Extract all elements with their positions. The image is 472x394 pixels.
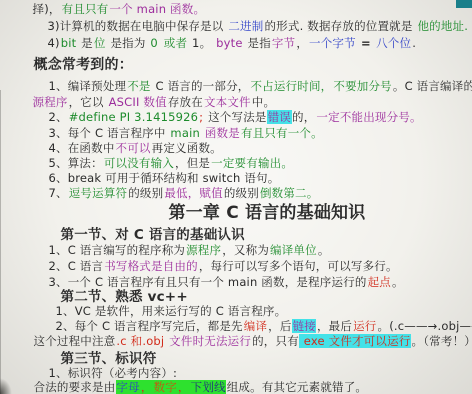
text-segment: exe 文件才可以运行 [299, 334, 411, 348]
text-segment: 合法的要求是由 [33, 380, 116, 394]
text-segment: 一定要有输出。 [211, 156, 294, 170]
text-segment: ，又称为 [222, 243, 270, 257]
text-segment: bit [60, 36, 77, 50]
text-segment: 链接 [292, 319, 316, 333]
text-segment: 。C 语言编译的程序称为 [392, 79, 472, 93]
text-segment: 文件时无法运行 [165, 334, 252, 348]
text-segment: 这个写法是 [204, 110, 267, 124]
text-segment: #define PI 3.1415926 [68, 110, 198, 124]
text-segment: 5、算法： [48, 156, 103, 170]
text-segment: 运行 [353, 319, 377, 333]
text-segment: 可以没有输入 [103, 156, 174, 170]
text-segment: 一个字节 [309, 36, 357, 50]
section-1-item-3: 3、一个 C 语言程序有且只有一个 main 函数，是程序运行的起点。 [48, 275, 404, 289]
text-segment: 择)， [32, 2, 61, 16]
text-segment: = [356, 36, 375, 50]
note-bit-byte: 4)bit 是位 是指为 0 或者 1。 byte 是指字节，一个字节 = 八个… [47, 36, 417, 50]
text-segment: 这个过程中注意 [33, 334, 116, 348]
text-segment: 倒数第二。 [259, 186, 319, 200]
text-segment: 不占运行时间， [250, 79, 333, 93]
text-segment: 起点 [367, 275, 391, 289]
section-2-item-2a: 2、每个 C 语言程序写完后，都是先编译，后链接，最后运行。(.c——→.obj… [55, 319, 472, 333]
text-segment: 有且只有一个。 [240, 126, 323, 140]
text-segment: 2、 [48, 110, 68, 124]
text-segment: 1、VC 是软件，用来运行写的 C 语言程序。 [55, 304, 287, 318]
text-segment: 1、标识符（必考内容）: [48, 366, 178, 380]
text-segment: ASCII 数值 [108, 95, 167, 109]
text-segment: ，它以 [68, 95, 108, 109]
text-segment: ; [199, 110, 204, 124]
concept-item-5: 5、算法：可以没有输入，但是一定要有输出。 [48, 156, 294, 170]
text-segment: 的， [292, 110, 316, 124]
text-segment: ，最后 [316, 319, 352, 333]
text-segment: 逗号运算符 [68, 186, 128, 200]
text-segment: 。 [317, 243, 330, 257]
text-segment: 1、编译预处理 [48, 79, 127, 93]
text-segment: 3、每个 C 语言程序中 [48, 126, 170, 140]
text-segment: 一个 main 函数。 [109, 2, 206, 16]
text-segment: 的形式. 数据存放的位置就是 [264, 19, 417, 33]
text-segment: ，每行可以写多个语句，可以写多行。 [198, 259, 398, 273]
text-segment: 或者 [163, 36, 187, 50]
text-segment: 编译 [243, 319, 267, 333]
text-segment: 。 [392, 275, 405, 289]
text-segment: ， [177, 380, 190, 394]
text-segment: 不要加分号 [333, 79, 393, 93]
text-segment: 是指为 [106, 36, 150, 50]
text-segment: 八个位 [376, 36, 412, 50]
concept-item-4: 4、在函数中不可以再定义函数。 [48, 141, 222, 155]
text-segment: 3、一个 C 语言程序有且只有一个 main 函数，是程序运行的 [48, 275, 367, 289]
text-segment: 一定不能出现分号。 [316, 110, 422, 124]
text-segment: 2、C 语言 [48, 259, 104, 273]
text-segment: 概念常考到的： [33, 57, 133, 73]
text-segment: 字母 [116, 380, 140, 394]
text-segment: 的级别 [223, 186, 259, 200]
text-segment: 存放在 [167, 95, 203, 109]
text-segment: 3)计算机的数据在电脑中保存是以 [47, 19, 228, 33]
concept-item-1b: 源程序，它以 ASCII 数值存放在文本文件中。 [32, 95, 276, 109]
text-segment: 第三节、标识符 [60, 351, 157, 367]
text-segment: 二进制 [228, 19, 264, 33]
text-segment: C 语言的一部分， [151, 79, 250, 93]
text-segment: 的级别 [128, 186, 164, 200]
note-binary-storage: 3)计算机的数据在电脑中保存是以 二进制的形式. 数据存放的位置就是 他的地址. [47, 19, 469, 33]
text-segment: 字节 [271, 36, 295, 50]
scan-edge-artifact [0, 90, 1, 394]
section-3-item-1: 1、标识符（必考内容）: [48, 366, 178, 380]
section-2-item-1: 1、VC 是软件，用来运行写的 C 语言程序。 [55, 304, 287, 318]
text-segment: 。(.c——→.obj——→.exe) [377, 319, 472, 333]
concept-item-1a: 1、编译预处理不是 C 语言的一部分，不占运行时间，不要加分号。C 语言编译的程… [48, 79, 472, 93]
text-segment: ， [140, 380, 153, 394]
chapter-title: 第一章 C 语言的基础知识 [168, 203, 366, 224]
text-segment: 第一章 C 语言的基础知识 [168, 203, 366, 223]
section-3-rule-line: 合法的要求是由字母，数字，下划线组成。有其它元素就错了。 [33, 380, 368, 394]
text-segment: 源程序 [186, 243, 222, 257]
text-segment: ， [296, 36, 309, 50]
text-segment: 错误 [267, 110, 291, 124]
heading-common-concepts: 概念常考到的： [33, 57, 133, 75]
text-segment: 书写格式是自由的 [104, 259, 199, 273]
text-segment: main [170, 126, 201, 140]
text-segment: .c 和.obj [116, 334, 165, 348]
text-segment: byte [216, 36, 244, 50]
text-segment: ，但是 [175, 156, 211, 170]
section-1-heading: 第一节、对 C 语言的基础认识 [60, 227, 245, 244]
text-segment: 2、每个 C 语言程序写完后，都是先 [55, 319, 243, 333]
text-segment: 中。 [251, 95, 275, 109]
text-segment: 。（常考！） [411, 334, 472, 348]
text-segment: 函数是 [200, 126, 240, 140]
text-segment: 编译单位 [270, 243, 318, 257]
text-segment: 是 [77, 36, 94, 50]
text-segment: 再定义函数。 [151, 141, 222, 155]
section-1-item-2: 2、C 语言书写格式是自由的，每行可以写多个语句，可以写多行。 [48, 259, 398, 273]
text-segment: 文本文件 [203, 95, 251, 109]
concept-item-6: 6、break 可用于循环结构和 switch 语句。 [48, 171, 280, 185]
text-segment: 最低，赋值 [164, 186, 224, 200]
text-segment: 组成。有其它元素就错了。 [226, 380, 367, 394]
text-segment: 6、break 可用于循环结构和 switch 语句。 [48, 171, 280, 185]
corner-teal-mark [456, 0, 472, 8]
note-main-function-tail: 择)，有且只有一个 main 函数。 [32, 2, 206, 16]
text-segment: 不是 [127, 79, 151, 93]
concept-item-3: 3、每个 C 语言程序中 main 函数是有且只有一个。 [48, 126, 323, 140]
text-segment: 第二节、熟悉 vc++ [60, 289, 188, 305]
text-segment: 是指 [243, 36, 271, 50]
text-segment: 7、 [48, 186, 68, 200]
concept-item-7: 7、逗号运算符的级别最低，赋值的级别倒数第二。 [48, 186, 319, 200]
text-segment: 下划线 [190, 380, 226, 394]
section-1-item-1: 1、C 语言编写的程序称为源程序，又称为编译单位。 [48, 243, 330, 257]
concept-item-2: 2、#define PI 3.1415926; 这个写法是错误的，一定不能出现分… [48, 110, 422, 124]
scanned-page: 择)，有且只有一个 main 函数。3)计算机的数据在电脑中保存是以 二进制的形… [0, 0, 472, 394]
text-segment: 1、C 语言编写的程序称为 [48, 243, 186, 257]
text-segment: 源程序 [32, 95, 68, 109]
text-segment: 的，只有 [252, 334, 300, 348]
text-segment: 不可以 [115, 141, 151, 155]
text-segment: 1。 [188, 36, 216, 50]
text-segment: 位 [93, 36, 106, 50]
text-segment: 第一节、对 C 语言的基础认识 [60, 227, 245, 243]
text-segment: 有且只有 [61, 2, 109, 16]
text-segment: ，后 [268, 319, 292, 333]
text-segment: 他的地址. [417, 19, 469, 33]
scan-corner-smudge [0, 378, 12, 394]
text-segment: . [412, 36, 417, 50]
text-segment: 4) [47, 36, 60, 50]
section-2-item-2b: 这个过程中注意.c 和.obj 文件时无法运行的，只有 exe 文件才可以运行。… [33, 334, 472, 348]
text-segment: 数字 [153, 380, 177, 394]
text-segment: 4、在函数中 [48, 141, 115, 155]
